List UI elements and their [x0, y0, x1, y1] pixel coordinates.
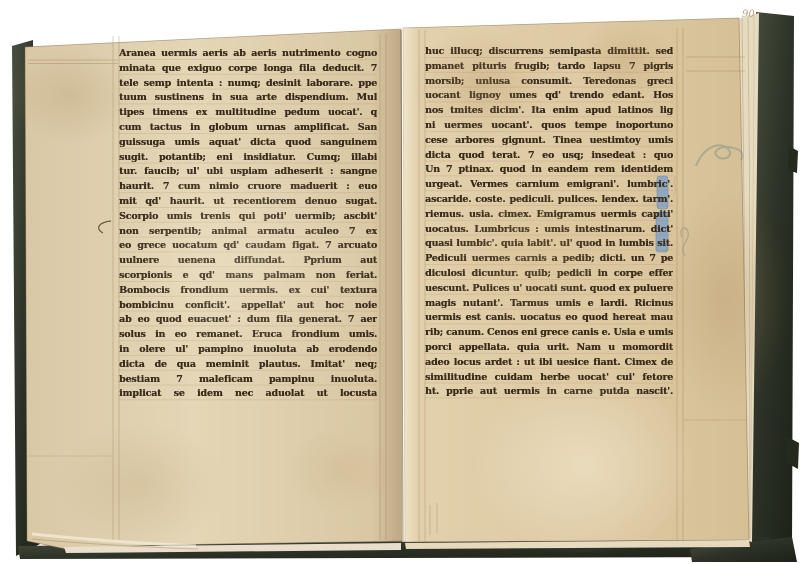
manuscript-text-line: Pediculi uermes carnis a pedib; dicti. u…	[425, 252, 673, 267]
manuscript-text-line: Bombocis frondium uermis. ex cui' textur…	[119, 284, 377, 299]
manuscript-text-line: guissuga umis aquat' dicta quod sanguine…	[119, 136, 377, 151]
manuscript-text-line: tur. faucib; ul' ubi uspiam adheserit : …	[119, 165, 377, 180]
manuscript-text-line: tuum sustinens in sua arte dispendium. M…	[119, 91, 377, 106]
left-page-text-column: Aranea uermis aeris ab aeris nutrimento …	[119, 47, 377, 403]
manuscript-book-photo: Aranea uermis aeris ab aeris nutrimento …	[0, 0, 800, 564]
manuscript-text-line: minata que exiguo corpe longa fila deduc…	[119, 62, 377, 77]
manuscript-text-line: cese arbores gignunt. Tinea uestimtoy um…	[425, 134, 673, 149]
folio-number: 90	[742, 9, 766, 20]
manuscript-text-line: morsib; uniusa consumit. Teredonas greci	[425, 75, 673, 90]
manuscript-text-line: uulnere uenena diffundat. Pprium aut	[119, 254, 377, 269]
manuscript-text-line: haurit. 7 cum nimio cruore maduerit : eu…	[119, 180, 377, 195]
manuscript-text-line: ascaride. coste. pediculi. pulices. lend…	[425, 193, 673, 208]
manuscript-text-line: huc illucq; discurrens semipasta dimitti…	[425, 45, 673, 60]
clasp-top	[788, 146, 798, 173]
manuscript-text-line: similitudine cuidam herbe uocat' cui' fe…	[425, 371, 673, 386]
manuscript-text-line: mit qd' haurit. ut recentiorem denuo sug…	[119, 195, 377, 210]
manuscript-text-line: uocatus. Lumbricus : umis intestinarum. …	[425, 223, 673, 238]
manuscript-text-line: dicta de qua meminit plautus. Imitat' ne…	[119, 358, 377, 373]
manuscript-text-line: Aranea uermis aeris ab aeris nutrimento …	[119, 47, 377, 62]
manuscript-text-line: ht. pprie aut uermis in carne putda nasc…	[425, 385, 673, 400]
manuscript-text-line: uermis est canis. uocatus eo quod hereat…	[425, 311, 673, 326]
manuscript-text-line: solus in eo remanet. Eruca frondium umis…	[119, 328, 377, 343]
manuscript-text-line: magis nutant'. Tarmus umis e lardi. Rici…	[425, 297, 673, 312]
manuscript-text-line: riemus. usia. cimex. Emigramus uermis ca…	[425, 208, 673, 223]
manuscript-text-line: in olere ul' pampino inuoluta ab erodend…	[119, 343, 377, 358]
manuscript-text-line: porci appellata. quia urit. Nam u momord…	[425, 341, 673, 356]
manuscript-text-line: quasi lumbic'. quia labit'. ul' quod in …	[425, 237, 673, 252]
manuscript-text-line: adeo locus ardet : ut ibi uesice fiant. …	[425, 356, 673, 371]
manuscript-text-line: non serpentib; animal armatu aculeo 7 ex	[119, 225, 377, 240]
manuscript-text-line: scorpionis e qd' mans palmam non feriat.	[119, 269, 377, 284]
manuscript-text-line: bombicinu conficit'. appellat' aut hoc n…	[119, 299, 377, 314]
manuscript-text-line: ab eo quod euacuet' : dum fila generat. …	[119, 313, 377, 328]
manuscript-text-line: tipes timens ex multitudine pedum uocat'…	[119, 106, 377, 121]
manuscript-text-line: ni uermes uocant'. quos tempe inoportuno	[425, 119, 673, 134]
manuscript-text-line: eo grece uocatum qd' caudam figat. 7 arc…	[119, 239, 377, 254]
manuscript-text-line: pmanet pituris frugib; tardo lapsu 7 pig…	[425, 60, 673, 75]
manuscript-text-line: nos tmites dicim'. Ita enim apud latinos…	[425, 104, 673, 119]
manuscript-text-line: dicta quod terat. 7 eo usq; insedeat : q…	[425, 149, 673, 164]
manuscript-text-line: diculosi dicuntur. quib; pedicli in corp…	[425, 267, 673, 282]
manuscript-text-line: Un 7 ptinax. quod in eandem rem identide…	[425, 163, 673, 178]
manuscript-text-line: cum tactus in globum urnas amplificat. S…	[119, 121, 377, 136]
manuscript-text-line: implicat se idem nec aduolat ut locusta	[119, 387, 377, 402]
manuscript-text-line: urgeat. Vermes carnium emigrani'. lumbri…	[425, 178, 673, 193]
manuscript-text-line: rib; canum. Cenos eni grece canis e. Usi…	[425, 326, 673, 341]
manuscript-text-line: tele semp intenta : numq; desinit labora…	[119, 77, 377, 92]
manuscript-text-line: bestiam 7 maleficam pampinu inuoluta.	[119, 373, 377, 388]
gutter-shadow	[372, 28, 418, 542]
right-page-text-column: huc illucq; discurrens semipasta dimitti…	[425, 45, 673, 401]
manuscript-text-line: uocant lignoy umes qd' trendo edant. Hos	[425, 89, 673, 104]
manuscript-text-line: sugit. potantib; eni insidiatur. Cumq; i…	[119, 151, 377, 166]
manuscript-text-line: Scorpio umis trenis qui poti' uermib; as…	[119, 210, 377, 225]
manuscript-text-line: uescunt. Pulices u' uocati sunt. quod ex…	[425, 282, 673, 297]
